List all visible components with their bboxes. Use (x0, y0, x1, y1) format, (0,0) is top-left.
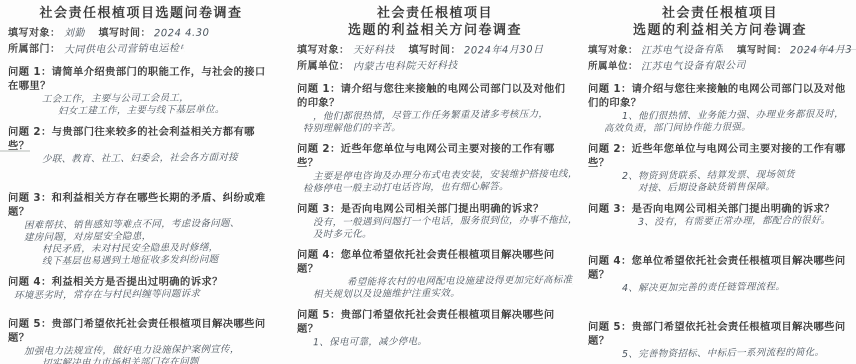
unit-value-handwritten: 内蒙古电科院天好科技 (352, 58, 457, 74)
meta-row-department: 所属部门： 大同供电公司营销电运检中心 (8, 42, 274, 57)
doc-title-line: 社会责任根植项目 (297, 5, 573, 22)
questionnaire-doc-1: 社会责任根植项目选题问卷调查 填写对象： 刘勤 填写时间： 2024 4.30 … (8, 3, 274, 364)
time-value-handwritten: 2024 4.30 (154, 26, 210, 42)
question-text: 问题 2：与贵部门往来较多的社会利益相关方都有哪些？ (8, 125, 274, 153)
handwritten-answer-line: 特别理解他们的辛苦。 (297, 121, 573, 136)
question-text: 问题 2：近些年您单位与电网公司主要对接的工作有哪些？ (297, 142, 573, 170)
question-text: 问题 1：请介绍与您往来接触的电网公司部门以及对他们的印象？ (588, 82, 852, 110)
meta-row-subject-time: 填写对象： 刘勤 填写时间： 2024 4.30 (8, 26, 274, 41)
handwritten-answer-line: 检修停电一般主动打电话咨询，也有细心解答。 (297, 181, 573, 196)
handwritten-answer-line: 线下基层也易遇到土地征收多发纠纷问题 (8, 254, 274, 269)
subject-label: 填写对象： (297, 43, 350, 58)
question-block-1: 问题 1：请介绍与您往来接触的电网公司部门以及对他们的印象？ ，他们都很热情，尽… (297, 82, 573, 134)
handwritten-answer-line: 5、完善物资招标、中标后一系列流程的简化。 (588, 347, 852, 362)
department-label: 所属部门： (8, 42, 61, 57)
question-block-2: 问题 2：与贵部门往来较多的社会利益相关方都有哪些？ 少联、教育、社工、妇委会，… (8, 125, 274, 165)
handwritten-answer-line: 1、保电可靠，减少停电。 (297, 335, 573, 350)
handwritten-answer-line: 及时多元化。 (297, 227, 573, 242)
handwritten-answer-line: 对接、后期设备缺货销售保障。 (588, 181, 852, 196)
subject-value-handwritten: 天好科技 (352, 43, 394, 59)
question-text: 问题 5：贵部门希望依托社会责任根植项目解决哪些问题？ (297, 308, 573, 336)
meta-row-subject-time: 填写对象： 江苏电气设备有限公司 填写时间： 2024年4月30日 (588, 43, 852, 58)
meta-row-subject-time: 填写对象： 天好科技 填写时间： 2024年4月30日 (297, 43, 573, 58)
question-text: 问题 3：是否向电网公司相关部门提出明确的诉求？ (297, 202, 573, 216)
question-text: 问题 3：是否向电网公司相关部门提出明确的诉求？ (588, 202, 852, 216)
handwritten-answer-line: 少联、教育、社工、妇委会，社会各方面对接 (8, 152, 274, 167)
unit-label: 所属单位： (297, 59, 350, 74)
department-value-handwritten: 大同供电公司营销电运检中心 (63, 41, 183, 58)
question-block-5: 问题 5：贵部门希望依托社会责任根植项目解决哪些问题？ 5、完善物资招标、中标后… (588, 320, 852, 360)
question-block-5: 问题 5：贵部门希望依托社会责任根植项目解决哪些问题？ 加强电力法规宣传，做好电… (8, 317, 274, 364)
subject-value-handwritten: 江苏电气设备有限公司 (641, 42, 723, 58)
doc-title: 社会责任根植项目 选题的利益相关方问卷调查 (588, 5, 852, 39)
question-block-4: 问题 4：您单位希望依托社会责任根植项目解决哪些问题？ 4、解决更加完善的责任链… (588, 254, 852, 294)
question-block-1: 问题 1：请简单介绍贵部门的职能工作，与社会的接口在哪里？ 工会工作，主要与公司… (8, 65, 274, 117)
question-block-5: 问题 5：贵部门希望依托社会责任根植项目解决哪些问题？ 1、保电可靠，减少停电。 (297, 308, 573, 348)
question-text: 问题 5：贵部门希望依托社会责任根植项目解决哪些问题？ (588, 320, 852, 348)
question-text: 问题 2：近些年您单位与电网公司主要对接的工作有哪些？ (588, 142, 852, 170)
handwritten-answer-line: 高效负责，部门间协作能力很强。 (588, 121, 852, 136)
question-text: 问题 4：利益相关方是否提出过明确的诉求？ (8, 275, 274, 289)
subject-label: 填写对象： (588, 43, 638, 58)
question-block-2: 问题 2：近些年您单位与电网公司主要对接的工作有哪些？ 主要是停电咨询及办理分布… (297, 142, 573, 194)
question-block-3: 问题 3：和利益相关方存在哪些长期的矛盾、纠纷或难题？ 困难帮扶、销售感知等难点… (8, 191, 274, 267)
doc-title-line: 社会责任根植项目选题问卷调查 (8, 5, 274, 22)
handwritten-answer-line: 3、没有，有需要正常办理，都配合的很好。 (588, 215, 852, 230)
doc-title: 社会责任根植项目 选题的利益相关方问卷调查 (297, 5, 573, 39)
meta-row-unit: 所属单位： 内蒙古电科院天好科技 (297, 59, 573, 74)
question-text: 问题 4：您单位希望依托社会责任根植项目解决哪些问题？ (297, 248, 573, 276)
subject-value-handwritten: 刘勤 (63, 26, 84, 41)
question-text: 问题 1：请简单介绍贵部门的职能工作，与社会的接口在哪里？ (8, 65, 274, 93)
doc-title-line: 社会责任根植项目 (588, 5, 852, 22)
time-label: 填写时间： (737, 43, 787, 58)
question-text: 问题 4：您单位希望依托社会责任根植项目解决哪些问题？ (588, 254, 852, 282)
doc-title-line: 选题的利益相关方问卷调查 (297, 22, 573, 39)
question-block-4: 问题 4：您单位希望依托社会责任根植项目解决哪些问题？ 希望能将农村的电网配电设… (297, 248, 573, 300)
questionnaire-doc-2: 社会责任根植项目 选题的利益相关方问卷调查 填写对象： 天好科技 填写时间： 2… (297, 3, 573, 348)
unit-value-handwritten: 江苏电气设备有限公司 (641, 58, 746, 74)
doc-title-line: 选题的利益相关方问卷调查 (588, 22, 852, 39)
time-label: 填写时间： (409, 43, 462, 58)
time-value-handwritten: 2024年4月30日 (790, 43, 852, 59)
subject-label: 填写对象： (8, 26, 61, 41)
doc-title: 社会责任根植项目选题问卷调查 (8, 5, 274, 22)
handwritten-answer-line: 4、解决更加完善的责任链管理流程。 (588, 281, 852, 296)
question-text: 问题 1：请介绍与您往来接触的电网公司部门以及对他们的印象？ (297, 82, 573, 110)
question-block-3: 问题 3：是否向电网公司相关部门提出明确的诉求？ 3、没有，有需要正常办理，都配… (588, 202, 852, 228)
question-text: 问题 3：和利益相关方存在哪些长期的矛盾、纠纷或难题？ (8, 191, 274, 219)
handwritten-answer-line: 妇女工建工作，主要与线下基层单位。 (8, 104, 274, 119)
time-value-handwritten: 2024年4月30日 (464, 42, 544, 58)
unit-label: 所属单位： (588, 59, 638, 74)
scanned-questionnaires-page: 社会责任根植项目选题问卷调查 填写对象： 刘勤 填写时间： 2024 4.30 … (0, 0, 856, 364)
handwritten-answer-line: 环境恶劣时，常存在与村民纠缠等问题诉求 (8, 288, 274, 303)
question-text: 问题 5：贵部门希望依托社会责任根植项目解决哪些问题？ (8, 317, 274, 345)
question-block-4: 问题 4：利益相关方是否提出过明确的诉求？ 环境恶劣时，常存在与村民纠缠等问题诉… (8, 275, 274, 301)
question-block-2: 问题 2：近些年您单位与电网公司主要对接的工作有哪些？ 2、物资到货联系、结算发… (588, 142, 852, 194)
time-label: 填写时间： (99, 26, 152, 41)
questionnaire-doc-3: 社会责任根植项目 选题的利益相关方问卷调查 填写对象： 江苏电气设备有限公司 填… (588, 3, 852, 360)
question-block-3: 问题 3：是否向电网公司相关部门提出明确的诉求？ 没有，一般遇到问题打一个电话，… (297, 202, 573, 240)
question-block-1: 问题 1：请介绍与您往来接触的电网公司部门以及对他们的印象？ 1、他们很热情、业… (588, 82, 852, 134)
meta-row-unit: 所属单位： 江苏电气设备有限公司 (588, 59, 852, 74)
handwritten-answer-line: 相关规划以及设施维护注重实效。 (297, 287, 573, 302)
